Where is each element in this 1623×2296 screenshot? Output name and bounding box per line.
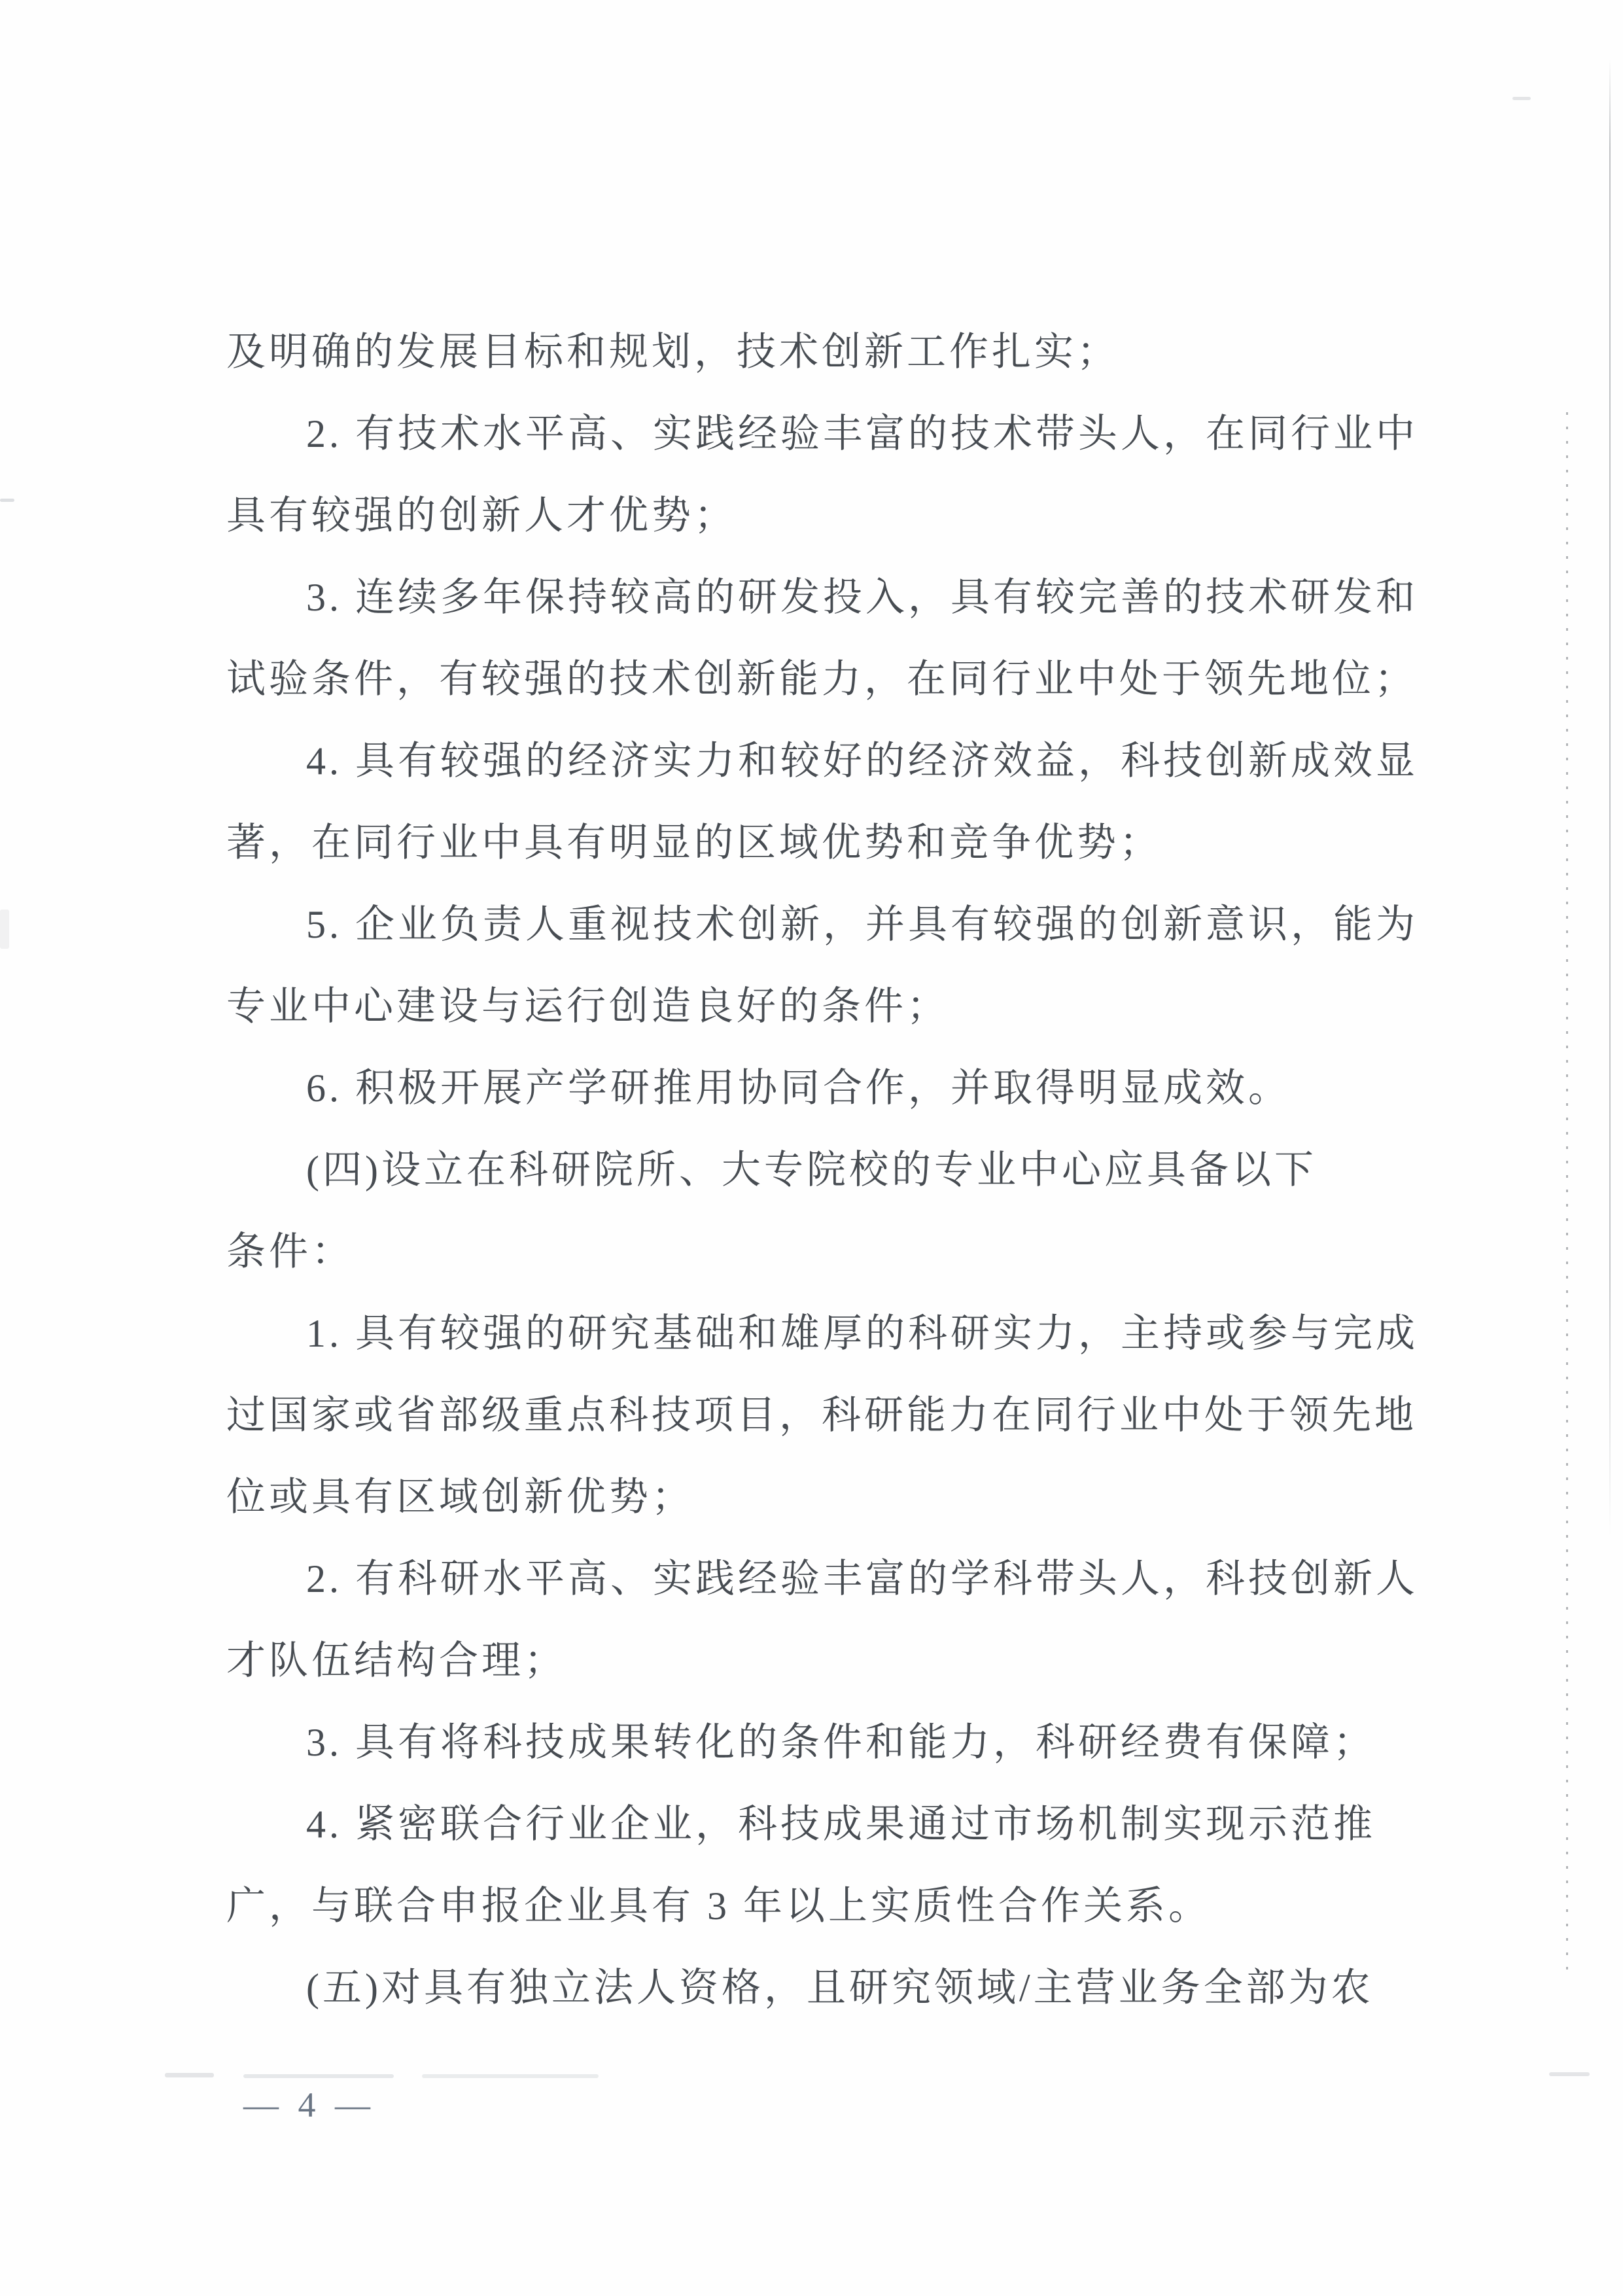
text-line: 2. 有科研水平高、实践经验丰富的学科带头人，科技创新人 bbox=[226, 1538, 1423, 1620]
scan-smudge bbox=[1549, 2072, 1590, 2076]
scan-binding-dots bbox=[1566, 412, 1568, 1969]
text-line: 5. 企业负责人重视技术创新，并具有较强的创新意识，能为 bbox=[226, 884, 1423, 966]
text-line: 广，与联合申报企业具有 3 年以上实质性合作关系。 bbox=[226, 1865, 1423, 1947]
scan-smudge bbox=[243, 2074, 394, 2078]
document-page: 及明确的发展目标和规划，技术创新工作扎实； 2. 有技术水平高、实践经验丰富的技… bbox=[0, 0, 1623, 2296]
document-body: 及明确的发展目标和规划，技术创新工作扎实； 2. 有技术水平高、实践经验丰富的技… bbox=[226, 311, 1423, 2029]
text-line: 过国家或省部级重点科技项目，科研能力在同行业中处于领先地 bbox=[226, 1375, 1423, 1457]
scan-edge-line bbox=[1609, 59, 1611, 1538]
scan-smudge bbox=[165, 2073, 214, 2077]
text-line: 及明确的发展目标和规划，技术创新工作扎实； bbox=[226, 311, 1423, 393]
text-line: 1. 具有较强的研究基础和雄厚的科研实力，主持或参与完成 bbox=[226, 1293, 1423, 1375]
text-line: 2. 有技术水平高、实践经验丰富的技术带头人，在同行业中 bbox=[226, 393, 1423, 475]
text-line: 位或具有区域创新优势； bbox=[226, 1457, 1423, 1538]
text-line: 具有较强的创新人才优势； bbox=[226, 475, 1423, 557]
text-line: 著，在同行业中具有明显的区域优势和竞争优势； bbox=[226, 802, 1423, 884]
text-line: 4. 具有较强的经济实力和较好的经济效益，科技创新成效显 bbox=[226, 720, 1423, 802]
text-line: 4. 紧密联合行业企业，科技成果通过市场机制实现示范推 bbox=[226, 1784, 1423, 1865]
text-line: 3. 连续多年保持较高的研发投入，具有较完善的技术研发和 bbox=[226, 557, 1423, 639]
scan-smudge bbox=[0, 910, 9, 949]
text-line: 6. 积极开展产学研推用协同合作，并取得明显成效。 bbox=[226, 1048, 1423, 1129]
text-line: 才队伍结构合理； bbox=[226, 1620, 1423, 1702]
text-line: 专业中心建设与运行创造良好的条件； bbox=[226, 966, 1423, 1048]
page-number: — 4 — bbox=[243, 2085, 375, 2125]
scan-smudge bbox=[0, 499, 14, 502]
text-line: (四)设立在科研院所、大专院校的专业中心应具备以下 bbox=[226, 1129, 1423, 1211]
scan-smudge bbox=[422, 2074, 599, 2078]
text-line: 条件： bbox=[226, 1211, 1423, 1293]
text-line: 试验条件，有较强的技术创新能力，在同行业中处于领先地位； bbox=[226, 639, 1423, 720]
text-line: 3. 具有将科技成果转化的条件和能力，科研经费有保障； bbox=[226, 1702, 1423, 1784]
text-line: (五)对具有独立法人资格，且研究领域/主营业务全部为农 bbox=[226, 1947, 1423, 2029]
scan-smudge bbox=[1512, 97, 1531, 100]
